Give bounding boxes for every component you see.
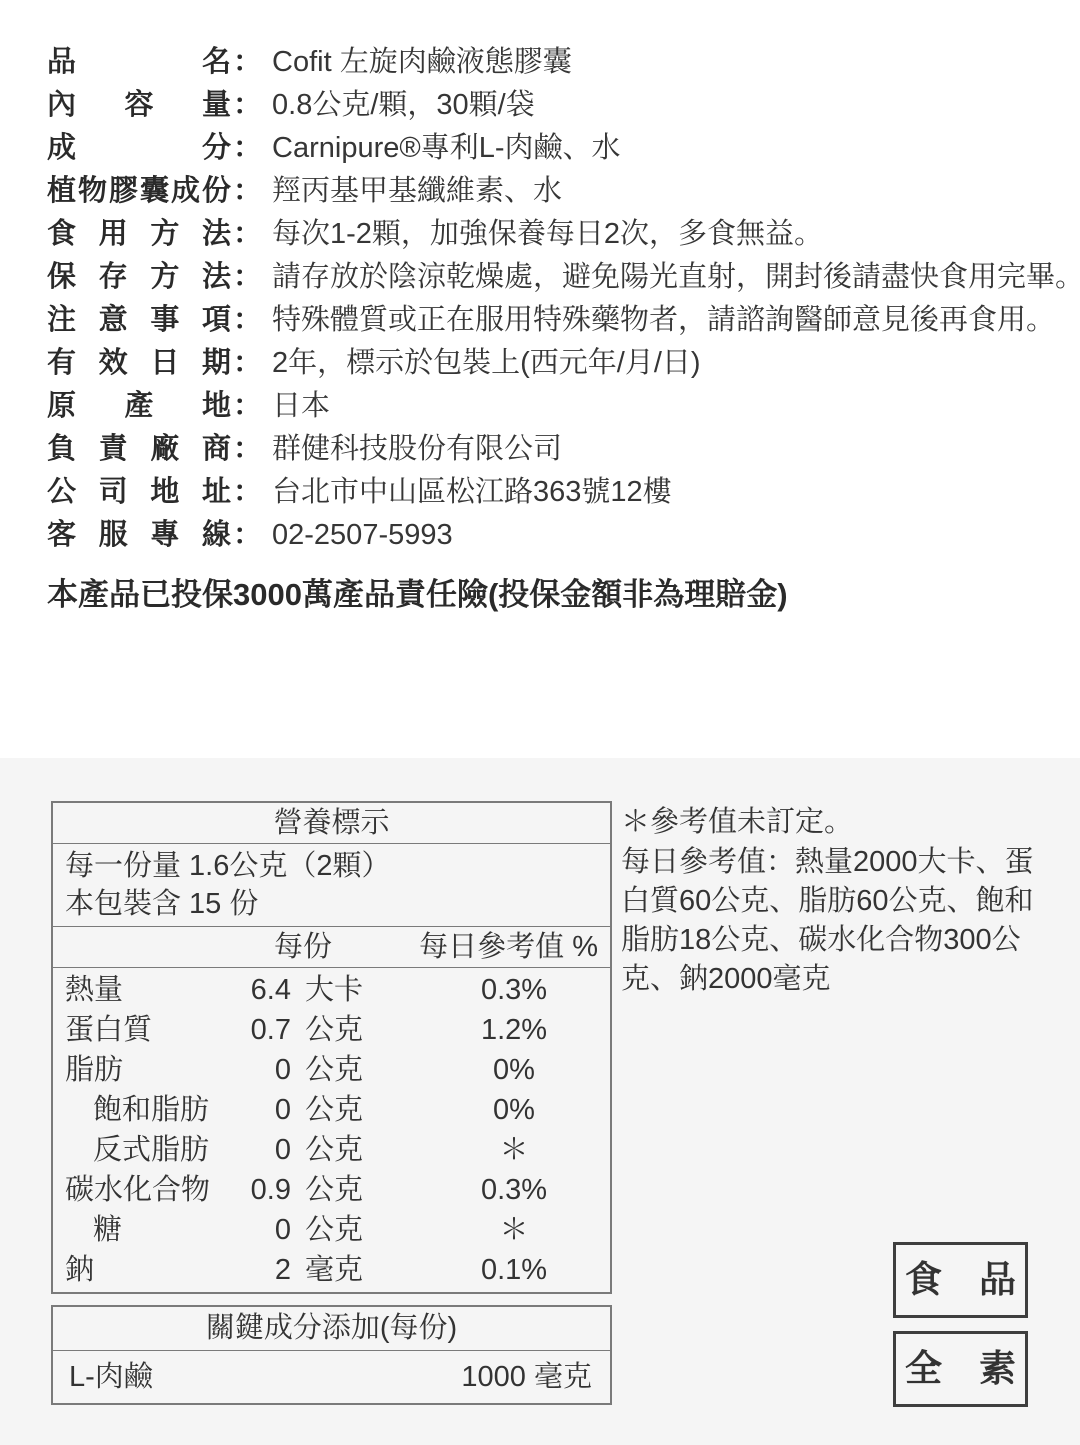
nutrient-dv: 0%	[385, 1090, 610, 1130]
nutrient-unit: 毫克	[305, 1250, 385, 1290]
info-colon: ：	[233, 84, 262, 127]
info-value: 02-2507-5993	[272, 514, 453, 557]
nutrient-dv: 0%	[385, 1050, 610, 1090]
nutrient-name: 蛋白質	[65, 1010, 235, 1050]
nutrition-title: 營養標示	[53, 803, 610, 844]
info-colon: ：	[233, 41, 262, 84]
nutrient-amount: 0.7	[235, 1010, 291, 1050]
info-colon: ：	[233, 127, 262, 170]
nutrient-name: 脂肪	[65, 1050, 235, 1090]
nutrition-row-sodium: 鈉 2 毫克 0.1%	[53, 1250, 610, 1290]
info-value: 請存放於陰涼乾燥處，避免陽光直射，開封後請盡快食用完畢。	[272, 256, 1080, 299]
nutrient-dv: 0.1%	[385, 1250, 610, 1290]
info-value: 2年，標示於包裝上(西元年/月/日)	[272, 342, 701, 385]
info-value: 特殊體質或正在服用特殊藥物者，請諮詢醫師意見後再食用。	[272, 299, 1055, 342]
nutrition-row-carbohydrate: 碳水化合物 0.9 公克 0.3%	[53, 1170, 610, 1210]
nutrition-row-protein: 蛋白質 0.7 公克 1.2%	[53, 1010, 610, 1050]
nutrient-name: 鈉	[65, 1250, 235, 1290]
nutrient-name: 糖	[65, 1210, 235, 1250]
info-colon: ：	[233, 385, 262, 428]
info-row-manufacturer: 負責廠商： 群健科技股份有限公司	[47, 428, 1052, 471]
nutrient-amount: 0.9	[235, 1170, 291, 1210]
nutrient-unit: 公克	[305, 1010, 385, 1050]
insurance-note: 本產品已投保3000萬產品責任險(投保金額非為理賠金)	[47, 573, 1052, 617]
info-label: 注意事項	[47, 299, 231, 342]
nutrition-row-saturated-fat: 飽和脂肪 0 公克 0%	[53, 1090, 610, 1130]
nutrient-dv: ＊	[385, 1130, 610, 1170]
key-ingredients-table: 關鍵成分添加(每份) L-肉鹼 1000 毫克	[51, 1305, 612, 1405]
info-row-origin: 原產地： 日本	[47, 385, 1052, 428]
nutrient-unit: 公克	[305, 1210, 385, 1250]
info-colon: ：	[233, 514, 262, 557]
info-label: 保存方法	[47, 256, 231, 299]
nutrient-dv: 0.3%	[385, 1170, 610, 1210]
nutrient-name: 飽和脂肪	[65, 1090, 235, 1130]
info-row-expiry: 有效日期： 2年，標示於包裝上(西元年/月/日)	[47, 342, 1052, 385]
col-per-serving: 每份	[223, 927, 383, 967]
info-row-net-content: 內容量： 0.8公克/顆，30顆/袋	[47, 84, 1052, 127]
nutrition-rows: 熱量 6.4 大卡 0.3% 蛋白質 0.7 公克 1.2% 脂肪 0 公克 0…	[53, 968, 610, 1292]
info-label: 有效日期	[47, 342, 231, 385]
nutrient-amount: 0	[235, 1130, 291, 1170]
product-label-page: 品名： Cofit 左旋肉鹼液態膠囊 內容量： 0.8公克/顆，30顆/袋 成分…	[0, 0, 1080, 1445]
info-label: 原產地	[47, 385, 231, 428]
nutrient-dv: 0.3%	[385, 970, 610, 1010]
nutrient-amount: 0	[235, 1210, 291, 1250]
nutrition-table: 營養標示 每一份量 1.6公克（2顆） 本包裝含 15 份 每份 每日參考值 %…	[51, 801, 612, 1294]
info-row-capsule-ingredients: 植物膠囊成份： 羥丙基甲基纖維素、水	[47, 170, 1052, 213]
info-row-product-name: 品名： Cofit 左旋肉鹼液態膠囊	[47, 41, 1052, 84]
nutrient-unit: 公克	[305, 1130, 385, 1170]
info-value: Carnipure®專利L-肉鹼、水	[272, 127, 621, 170]
info-label: 成分	[47, 127, 231, 170]
info-label: 內容量	[47, 84, 231, 127]
nutrient-unit: 大卡	[305, 970, 385, 1010]
serving-info: 每一份量 1.6公克（2顆） 本包裝含 15 份	[53, 844, 610, 927]
key-ingredient-name: L-肉鹼	[69, 1351, 461, 1403]
info-value: 0.8公克/顆，30顆/袋	[272, 84, 535, 127]
nutrient-unit: 公克	[305, 1050, 385, 1090]
info-value: 羥丙基甲基纖維素、水	[272, 170, 562, 213]
daily-value-footnote: ＊參考值未訂定。 每日參考值：熱量2000大卡、蛋白質60公克、脂肪60公克、飽…	[621, 803, 1058, 999]
info-colon: ：	[233, 213, 262, 256]
info-colon: ：	[233, 256, 262, 299]
info-label: 食用方法	[47, 213, 231, 256]
nutrition-row-sugar: 糖 0 公克 ＊	[53, 1210, 610, 1250]
col-daily-value: 每日參考值 %	[383, 927, 610, 967]
nutrient-name: 熱量	[65, 970, 235, 1010]
info-label: 負責廠商	[47, 428, 231, 471]
nutrition-row-fat: 脂肪 0 公克 0%	[53, 1050, 610, 1090]
info-colon: ：	[233, 342, 262, 385]
info-row-ingredients: 成分： Carnipure®專利L-肉鹼、水	[47, 127, 1052, 170]
key-ingredient-row: L-肉鹼 1000 毫克	[53, 1351, 610, 1403]
nutrient-amount: 0	[235, 1050, 291, 1090]
info-row-usage: 食用方法： 每次1-2顆，加強保養每日2次，多食無益。	[47, 213, 1052, 256]
product-info-section: 品名： Cofit 左旋肉鹼液態膠囊 內容量： 0.8公克/顆，30顆/袋 成分…	[0, 0, 1080, 617]
nutrient-amount: 2	[235, 1250, 291, 1290]
info-label: 植物膠囊成份	[47, 170, 231, 213]
info-label: 品名	[47, 41, 231, 84]
info-value: 日本	[272, 385, 330, 428]
badge-vegan: 全 素	[893, 1331, 1028, 1407]
nutrient-unit: 公克	[305, 1170, 385, 1210]
info-label: 公司地址	[47, 471, 231, 514]
info-row-company-address: 公司地址： 台北市中山區松江路363號12樓	[47, 471, 1052, 514]
footnote-undefined-note: ＊參考值未訂定。	[621, 803, 1058, 842]
info-row-service-hotline: 客服專線： 02-2507-5993	[47, 514, 1052, 557]
key-ingredient-amount: 1000 毫克	[461, 1351, 592, 1403]
info-colon: ：	[233, 299, 262, 342]
info-colon: ：	[233, 170, 262, 213]
col-spacer	[65, 927, 223, 967]
nutrition-panel-section: 營養標示 每一份量 1.6公克（2顆） 本包裝含 15 份 每份 每日參考值 %…	[0, 758, 1080, 1445]
info-value: 台北市中山區松江路363號12樓	[272, 471, 672, 514]
info-label: 客服專線	[47, 514, 231, 557]
key-ingredients-title: 關鍵成分添加(每份)	[53, 1307, 610, 1351]
badge-food: 食 品	[893, 1242, 1028, 1318]
nutrient-dv: ＊	[385, 1210, 610, 1250]
info-row-caution: 注意事項： 特殊體質或正在服用特殊藥物者，請諮詢醫師意見後再食用。	[47, 299, 1052, 342]
nutrition-row-trans-fat: 反式脂肪 0 公克 ＊	[53, 1130, 610, 1170]
servings-per-package: 本包裝含 15 份	[65, 885, 610, 923]
nutrient-unit: 公克	[305, 1090, 385, 1130]
info-value: 群健科技股份有限公司	[272, 428, 562, 471]
nutrient-amount: 6.4	[235, 970, 291, 1010]
info-value: Cofit 左旋肉鹼液態膠囊	[272, 41, 572, 84]
info-value: 每次1-2顆，加強保養每日2次，多食無益。	[272, 213, 823, 256]
nutrition-column-headers: 每份 每日參考值 %	[53, 927, 610, 968]
footnote-daily-values: 每日參考值：熱量2000大卡、蛋白質60公克、脂肪60公克、飽和脂肪18公克、碳…	[621, 843, 1058, 999]
nutrient-name: 碳水化合物	[65, 1170, 235, 1210]
nutrition-row-calories: 熱量 6.4 大卡 0.3%	[53, 970, 610, 1010]
serving-size: 每一份量 1.6公克（2顆）	[65, 847, 610, 885]
info-colon: ：	[233, 471, 262, 514]
info-row-storage: 保存方法： 請存放於陰涼乾燥處，避免陽光直射，開封後請盡快食用完畢。	[47, 256, 1052, 299]
nutrient-name: 反式脂肪	[65, 1130, 235, 1170]
nutrient-amount: 0	[235, 1090, 291, 1130]
nutrient-dv: 1.2%	[385, 1010, 610, 1050]
info-colon: ：	[233, 428, 262, 471]
